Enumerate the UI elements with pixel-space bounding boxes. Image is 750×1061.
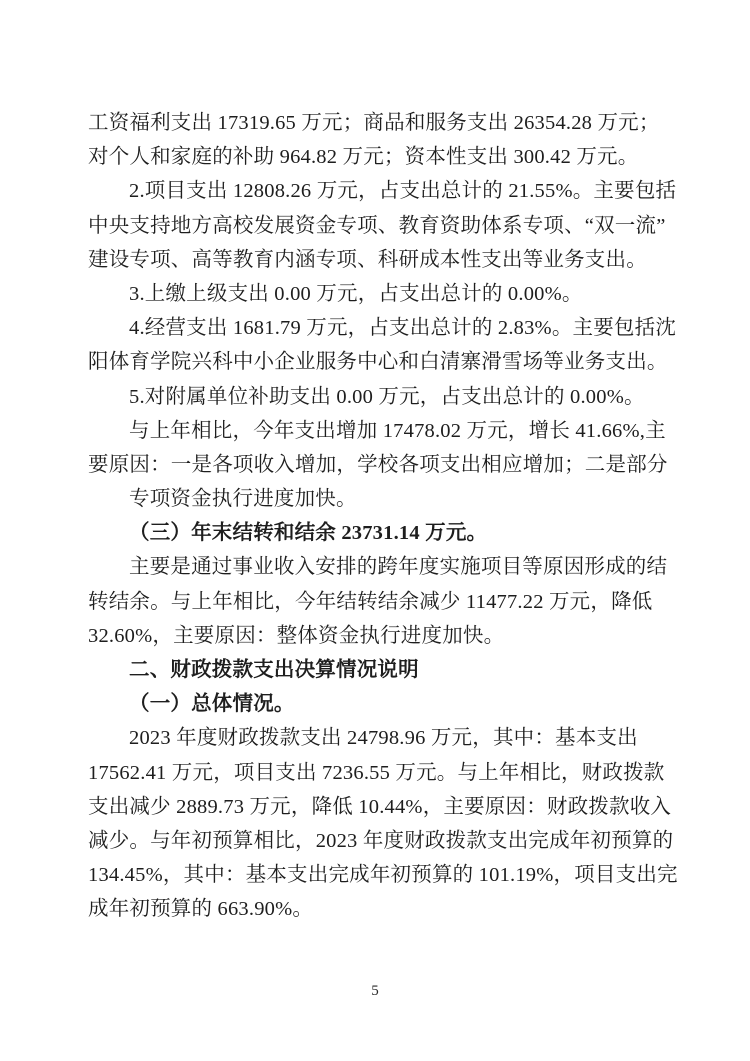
text-line: 3.上缴上级支出 0.00 万元，占支出总计的 0.00%。 <box>88 277 668 311</box>
page-number: 5 <box>0 982 750 1000</box>
text-line: 成年初预算的 663.90%。 <box>88 892 668 926</box>
text-line: 中央支持地方高校发展资金专项、教育资助体系专项、“双一流” <box>88 209 668 243</box>
text-line: 阳体育学院兴科中小企业服务中心和白清寨滑雪场等业务支出。 <box>88 345 668 379</box>
text-line: 17562.41 万元，项目支出 7236.55 万元。与上年相比，财政拨款 <box>88 756 668 790</box>
text-line: 要原因：一是各项收入增加，学校各项支出相应增加；二是部分 <box>88 448 668 482</box>
text-line: 对个人和家庭的补助 964.82 万元；资本性支出 300.42 万元。 <box>88 140 668 174</box>
text-line: 32.60%，主要原因：整体资金执行进度加快。 <box>88 619 668 653</box>
document-body: 工资福利支出 17319.65 万元；商品和服务支出 26354.28 万元； … <box>88 106 668 927</box>
document-page: 工资福利支出 17319.65 万元；商品和服务支出 26354.28 万元； … <box>0 0 750 1061</box>
text-line: 支出减少 2889.73 万元，降低 10.44%，主要原因：财政拨款收入 <box>88 790 668 824</box>
text-line: 减少。与年初预算相比，2023 年度财政拨款支出完成年初预算的 <box>88 824 668 858</box>
text-line: 5.对附属单位补助支出 0.00 万元，占支出总计的 0.00%。 <box>88 380 668 414</box>
text-line: 转结余。与上年相比，今年结转结余减少 11477.22 万元，降低 <box>88 585 668 619</box>
heading-fiscal-appropriation-expenditure: 二、财政拨款支出决算情况说明 <box>88 653 668 687</box>
text-line: 2023 年度财政拨款支出 24798.96 万元，其中：基本支出 <box>88 721 668 755</box>
text-line: 与上年相比，今年支出增加 17478.02 万元，增长 41.66%,主 <box>88 414 668 448</box>
text-line: 专项资金执行进度加快。 <box>88 482 668 516</box>
text-line: 2.项目支出 12808.26 万元，占支出总计的 21.55%。主要包括 <box>88 174 668 208</box>
text-line: 134.45%，其中：基本支出完成年初预算的 101.19%，项目支出完 <box>88 858 668 892</box>
text-line: 主要是通过事业收入安排的跨年度实施项目等原因形成的结 <box>88 550 668 584</box>
heading-year-end-balance: （三）年末结转和结余 23731.14 万元。 <box>88 516 668 550</box>
text-line: 4.经营支出 1681.79 万元，占支出总计的 2.83%。主要包括沈 <box>88 311 668 345</box>
heading-overall-situation: （一）总体情况。 <box>88 687 668 721</box>
text-line: 工资福利支出 17319.65 万元；商品和服务支出 26354.28 万元； <box>88 106 668 140</box>
text-line: 建设专项、高等教育内涵专项、科研成本性支出等业务支出。 <box>88 243 668 277</box>
